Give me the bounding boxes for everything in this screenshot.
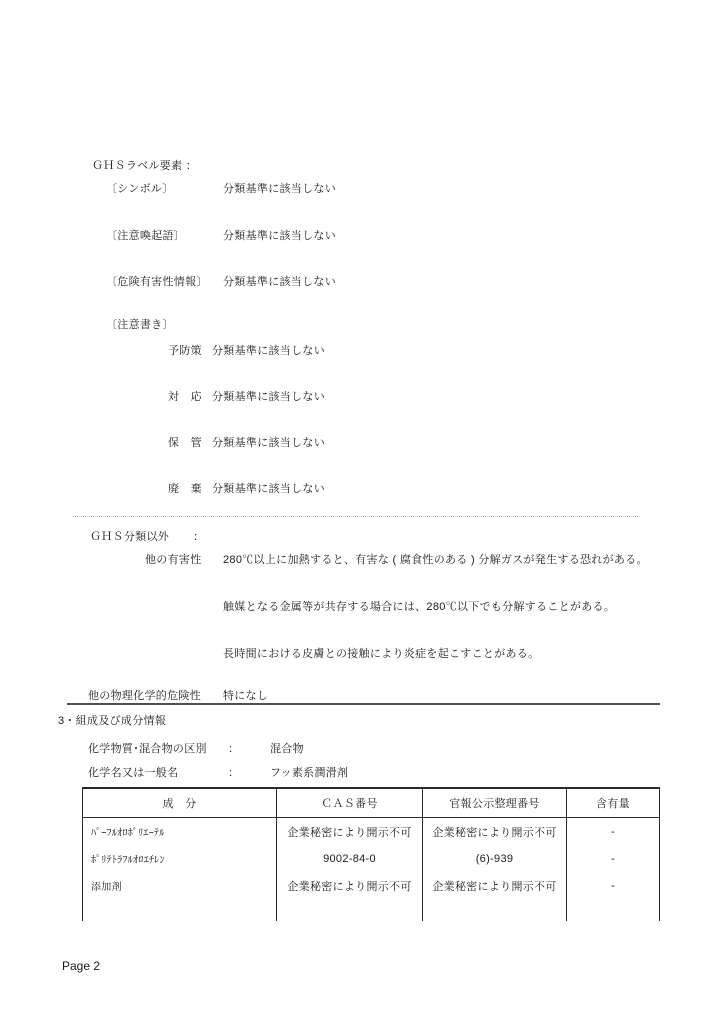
precaution-disposal-value: 分類基準に該当しない — [212, 480, 325, 496]
cell-content-amount: - — [567, 872, 659, 899]
physchem-hazard-label: 他の物理化学的危険性 — [88, 687, 201, 703]
header-component: 成 分 — [83, 789, 277, 818]
page-number: Page 2 — [62, 959, 100, 973]
empty-cell — [567, 899, 659, 921]
ghs-label-heading: ＧＨＳラベル要素 ： — [92, 157, 197, 173]
chemical-name-value: フッ素系潤滑剤 — [270, 764, 348, 780]
cell-content-amount: - — [567, 818, 659, 845]
cell-content-amount: - — [567, 845, 659, 872]
other-hazard-line-2: 触媒となる金属等が共存する場合には、280℃以下でも分解することがある。 — [223, 598, 615, 614]
physchem-hazard-value: 特になし — [223, 687, 268, 703]
ghs-item-symbol-value: 分類基準に該当しない — [223, 180, 336, 196]
section3-title: 3・組成及び成分情報 — [58, 712, 166, 728]
precaution-heading: 〔注意書き〕 — [106, 316, 174, 332]
chemical-name-colon: ： — [228, 764, 239, 780]
composition-table: 成 分 ＣＡＳ番号 官報公示整理番号 含有量 ﾊﾟｰﾌﾙｵﾛﾎﾟﾘｴｰﾃﾙ 企業… — [82, 787, 660, 921]
header-gazette-number: 官報公示整理番号 — [423, 789, 567, 818]
cell-cas-number: 企業秘密により開示不可 — [277, 872, 423, 899]
header-cas-number: ＣＡＳ番号 — [277, 789, 423, 818]
cell-cas-number: 企業秘密により開示不可 — [277, 818, 423, 845]
precaution-prevention-value: 分類基準に該当しない — [212, 342, 325, 358]
other-hazard-line-1: 280℃以上に加熱すると、有害な ( 腐食性のある ) 分解ガスが発生する恐れが… — [223, 551, 648, 567]
dotted-divider — [73, 516, 640, 517]
sds-document-page: ＧＨＳラベル要素 ： 〔シンボル〕 分類基準に該当しない 〔注意喚起語〕 分類基… — [0, 0, 723, 1024]
table-row: ﾊﾟｰﾌﾙｵﾛﾎﾟﾘｴｰﾃﾙ 企業秘密により開示不可 企業秘密により開示不可 - — [83, 818, 659, 845]
precaution-disposal-term: 廃 棄 — [168, 480, 202, 496]
cell-gazette-number: (6)-939 — [423, 845, 567, 872]
mixture-class-colon: ： — [228, 740, 239, 756]
precaution-storage-value: 分類基準に該当しない — [212, 434, 325, 450]
ghs-item-signalword-term: 〔注意喚起語〕 — [106, 227, 185, 243]
empty-cell — [423, 899, 567, 921]
precaution-storage-term: 保 管 — [168, 434, 202, 450]
mixture-class-value: 混合物 — [270, 740, 304, 756]
cell-component-name: ﾊﾟｰﾌﾙｵﾛﾎﾟﾘｴｰﾃﾙ — [83, 818, 277, 845]
ghs-item-symbol-term: 〔シンボル〕 — [106, 180, 174, 196]
ghs-item-signalword-value: 分類基準に該当しない — [223, 227, 336, 243]
precaution-response-value: 分類基準に該当しない — [212, 388, 325, 404]
cell-cas-number: 9002-84-0 — [277, 845, 423, 872]
cell-component-name: 添加剤 — [83, 872, 277, 899]
empty-cell — [277, 899, 423, 921]
cell-gazette-number: 企業秘密により開示不可 — [423, 818, 567, 845]
precaution-prevention-term: 予防策 — [168, 342, 202, 358]
section-divider — [67, 703, 660, 705]
chemical-name-label: 化学名又は一般名 — [88, 764, 178, 780]
other-hazard-line-3: 長時間における皮膚との接触により炎症を起こすことがある。 — [223, 645, 539, 661]
table-row: ﾎﾟﾘﾃﾄﾗﾌﾙｵﾛｴﾁﾚﾝ 9002-84-0 (6)-939 - — [83, 845, 659, 872]
composition-table-header-row: 成 分 ＣＡＳ番号 官報公示整理番号 含有量 — [83, 789, 659, 818]
mixture-class-label: 化学物質･混合物の区別 — [88, 740, 207, 756]
other-hazard-label: 他の有害性 — [145, 551, 202, 567]
empty-cell — [83, 899, 277, 921]
cell-gazette-number: 企業秘密により開示不可 — [423, 872, 567, 899]
ghs-other-heading: ＧＨＳ分類以外 — [90, 528, 169, 544]
ghs-other-colon: ： — [193, 528, 204, 544]
header-content-amount: 含有量 — [567, 789, 659, 818]
ghs-item-hazardinfo-value: 分類基準に該当しない — [223, 273, 336, 289]
ghs-item-hazardinfo-term: 〔危険有害性情報〕 — [106, 273, 208, 289]
cell-component-name: ﾎﾟﾘﾃﾄﾗﾌﾙｵﾛｴﾁﾚﾝ — [83, 845, 277, 872]
precaution-response-term: 対 応 — [168, 388, 202, 404]
table-row: 添加剤 企業秘密により開示不可 企業秘密により開示不可 - — [83, 872, 659, 899]
table-empty-row — [83, 899, 659, 921]
